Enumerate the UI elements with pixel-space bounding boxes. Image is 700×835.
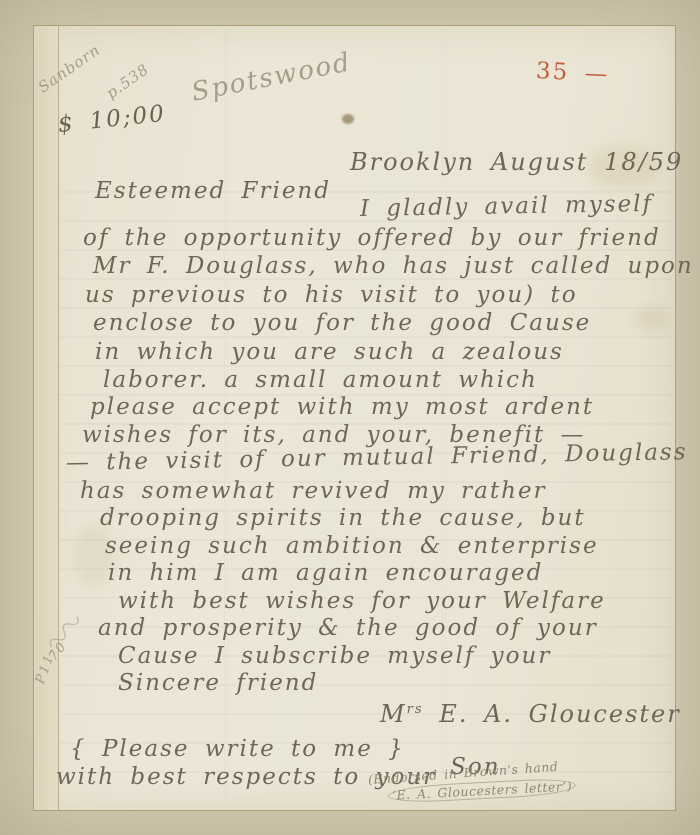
letter-line: us previous to his visit to you) to	[85, 282, 578, 308]
letter-line: Sincere friend	[118, 670, 318, 696]
letter-line: of the opportunity offered by our friend	[83, 225, 661, 251]
letter-line: I gladly avail myself	[360, 191, 654, 222]
letter-line: in him I am again encouraged	[108, 560, 543, 586]
red-price-mark: 35 —	[535, 58, 610, 88]
letter-photograph: Sanborn p.538 Spotswood $ 10;00 35 — 70 …	[0, 0, 700, 835]
letter-line: Cause I subscribe myself your	[118, 643, 551, 669]
letter-line: laborer. a small amount which	[103, 367, 538, 393]
letter-line: drooping spirits in the cause, but	[100, 505, 586, 531]
signature-superscript: rs	[407, 702, 424, 717]
signature: Mrs E. A. Gloucester	[380, 700, 681, 728]
foxing-stain	[634, 306, 668, 332]
letter-line: seeing such ambition & enterprise	[105, 533, 599, 559]
letter-line: enclose to you for the good Cause	[93, 310, 591, 336]
ink-stain	[342, 114, 354, 124]
letter-line: has somewhat revived my rather	[80, 478, 547, 504]
letter-line: Mr F. Douglass, who has just called upon	[93, 253, 694, 279]
salutation: Esteemed Friend	[95, 178, 331, 204]
letter-line: with best wishes for your Welfare	[118, 588, 606, 614]
letter-line: please accept with my most ardent	[90, 394, 594, 420]
under-page-edge	[35, 26, 59, 810]
letter-line: and prosperity & the good of your	[98, 615, 598, 641]
postscript-line: { Please write to me }	[70, 736, 405, 762]
letter-line: in which you are such a zealous	[95, 339, 564, 365]
dateline: Brooklyn August 18/59	[350, 148, 683, 176]
